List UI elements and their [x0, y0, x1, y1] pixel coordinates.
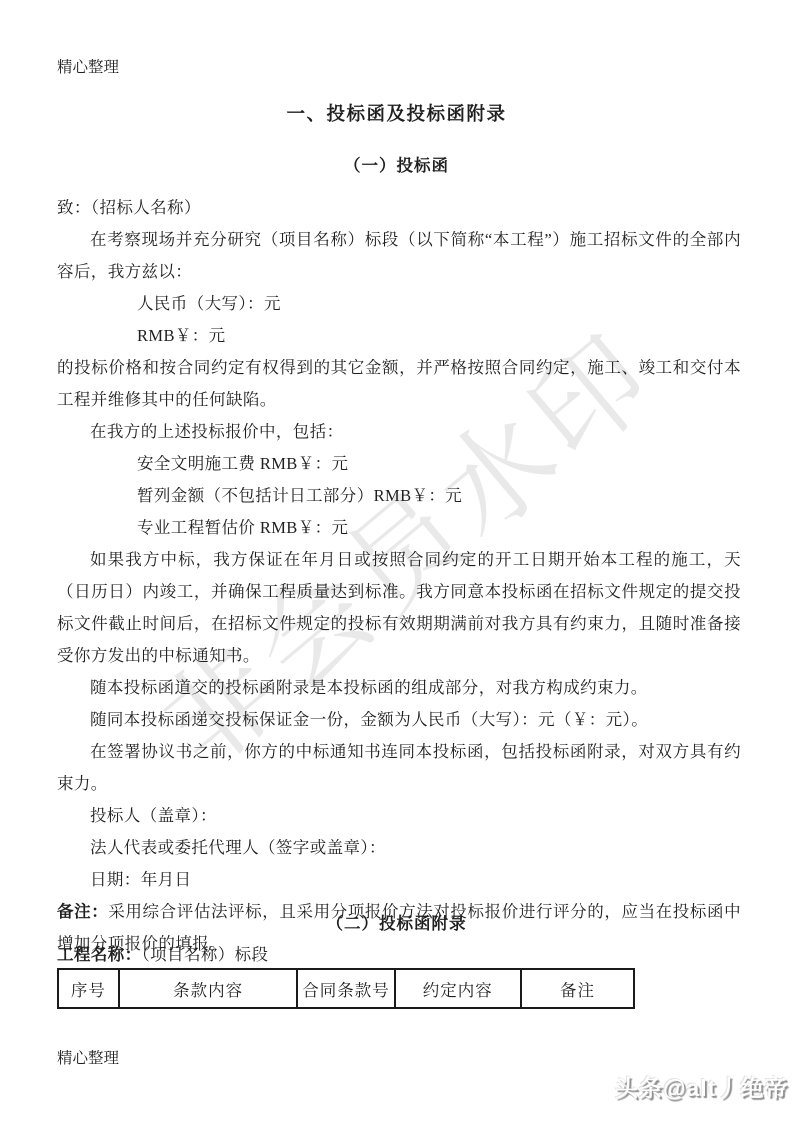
price-terms-paragraph: 的投标价格和按合同约定有权得到的其它金额，并严格按照合同约定，施工、竣工和交付本… [57, 352, 741, 416]
section2-heading: （二）投标函附录 [0, 910, 793, 934]
table-header-remarks: 备注 [521, 969, 634, 1008]
salutation-line: 致：（招标人名称） [57, 192, 741, 224]
table-header-clause-content: 条款内容 [119, 969, 298, 1008]
project-name-line: 工程名称：（项目名称）标段 [57, 941, 268, 965]
price-rmb-line: RMB￥：元 [57, 320, 741, 352]
safety-fee-line: 安全文明施工费 RMB￥：元 [57, 448, 741, 480]
bid-bond-paragraph: 随同本投标函递交投标保证金一份，金额为人民币（大写）：元（￥：元）。 [57, 704, 741, 736]
specialist-estimate-line: 专业工程暂估价 RMB￥：元 [57, 512, 741, 544]
legal-rep-line: 法人代表或委托代理人（签字或盖章）： [57, 832, 741, 864]
date-line: 日期：年月日 [57, 864, 741, 896]
appendix-binding-paragraph: 随本投标函道交的投标函附录是本投标函的组成部分，对我方构成约束力。 [57, 672, 741, 704]
footer-note: 精心整理 [57, 1046, 119, 1068]
intro-paragraph: 在考察现场并充分研究（项目名称）标段（以下简称“本工程”）施工招标文件的全部内容… [57, 224, 741, 288]
bidder-seal-line: 投标人（盖章）： [57, 800, 741, 832]
table-header-row: 序号 条款内容 合同条款号 约定内容 备注 [58, 969, 634, 1008]
price-uppercase-line: 人民币（大写）：元 [57, 288, 741, 320]
appendix-table: 序号 条款内容 合同条款号 约定内容 备注 [57, 968, 635, 1009]
document-body: 致：（招标人名称） 在考察现场并充分研究（项目名称）标段（以下简称“本工程”）施… [57, 192, 741, 960]
project-name-value: （项目名称）标段 [142, 945, 269, 964]
byline-watermark: 头条@alt丿绝帝 [615, 1070, 788, 1103]
section1-heading: （一）投标函 [0, 152, 793, 176]
document-page: 非会员水印 精心整理 一、投标函及投标函附录 （一）投标函 致：（招标人名称） … [0, 0, 793, 1122]
agreement-binding-paragraph: 在签署协议书之前，你方的中标通知书连同本投标函，包括投标函附录，对双方具有约束力… [57, 736, 741, 800]
table-header-serial-number: 序号 [58, 969, 119, 1008]
header-note: 精心整理 [57, 55, 119, 77]
provisional-sum-line: 暂列金额（不包括计日工部分）RMB￥：元 [57, 480, 741, 512]
table-header-contract-clause-no: 合同条款号 [297, 969, 394, 1008]
table-header-agreed-content: 约定内容 [395, 969, 522, 1008]
commitment-paragraph: 如果我方中标，我方保证在年月日或按照合同约定的开工日期开始本工程的施工，天（日历… [57, 544, 741, 672]
quote-includes-line: 在我方的上述投标报价中，包括： [57, 416, 741, 448]
document-title: 一、投标函及投标函附录 [0, 100, 793, 126]
project-name-label: 工程名称： [57, 945, 142, 964]
